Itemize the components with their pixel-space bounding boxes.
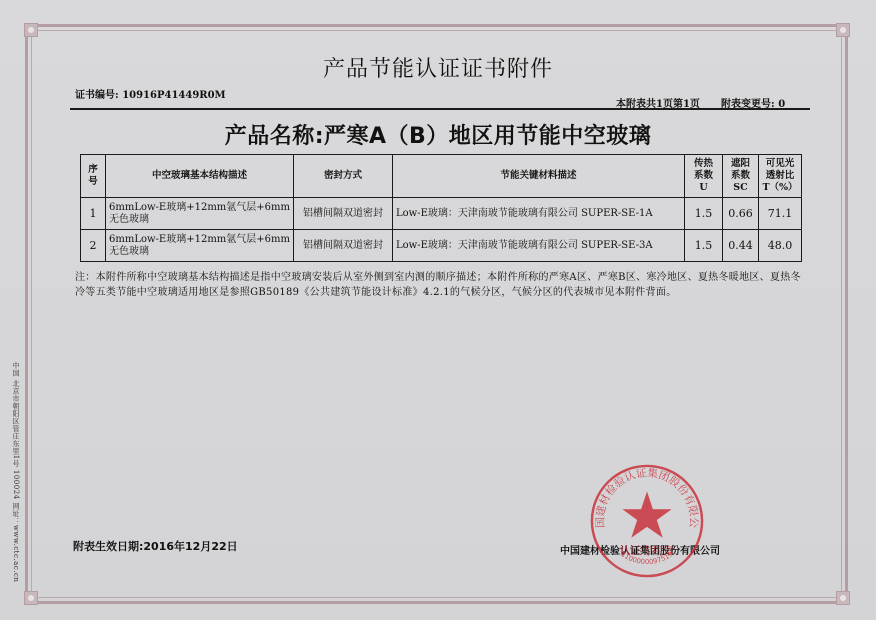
header-t-line: 可见光	[762, 158, 798, 170]
product-name: 产品名称:严寒A（B）地区用节能中空玻璃	[0, 119, 876, 150]
header-u-line: 传热	[688, 158, 719, 170]
document-title: 产品节能认证证书附件	[0, 52, 876, 83]
header-seal: 密封方式	[294, 155, 393, 198]
cell-u: 1.5	[685, 230, 723, 262]
specification-table: 序号 中空玻璃基本结构描述 密封方式 节能关键材料描述 传热 系数 U 遮阳 系…	[80, 154, 802, 262]
table-row: 1 6mmLow-E玻璃+12mm氩气层+6mm无色玻璃 铝槽间隔双道密封 Lo…	[81, 198, 802, 230]
header-u: 传热 系数 U	[685, 155, 723, 198]
cell-sc: 0.66	[723, 198, 759, 230]
product-name-label: 产品名称:	[225, 124, 324, 149]
certificate-number-label: 证书编号:	[75, 90, 119, 101]
cell-structure: 6mmLow-E玻璃+12mm氩气层+6mm无色玻璃	[106, 230, 294, 262]
header-sc-line: SC	[726, 182, 755, 194]
header-u-line: U	[688, 182, 719, 194]
official-seal-icon: 中国建材检验认证集团股份有限公司 认证专用章 1100000097517	[588, 462, 706, 580]
table-row: 2 6mmLow-E玻璃+12mm氩气层+6mm无色玻璃 铝槽间隔双道密封 Lo…	[81, 230, 802, 262]
cell-material: Low-E玻璃：天津南玻节能玻璃有限公司 SUPER-SE-1A	[393, 198, 685, 230]
header-sc-line: 系数	[726, 170, 755, 182]
cell-t: 48.0	[759, 230, 802, 262]
effective-date: 附表生效日期:2016年12月22日	[73, 538, 238, 554]
table-header-row: 序号 中空玻璃基本结构描述 密封方式 节能关键材料描述 传热 系数 U 遮阳 系…	[81, 155, 802, 198]
header-material: 节能关键材料描述	[393, 155, 685, 198]
corner-ornament-icon	[836, 23, 850, 37]
certificate-number-value: 10916P41449R0M	[122, 90, 225, 101]
footnote: 注：本附件所称中空玻璃基本结构描述是指中空玻璃安装后从室外侧到室内测的顺序描述；…	[75, 270, 805, 300]
cell-seq: 1	[81, 198, 106, 230]
cell-material: Low-E玻璃：天津南玻节能玻璃有限公司 SUPER-SE-3A	[393, 230, 685, 262]
certificate-number: 证书编号: 10916P41449R0M	[75, 86, 226, 101]
header-sc: 遮阳 系数 SC	[723, 155, 759, 198]
header-t: 可见光 透射比 T（%）	[759, 155, 802, 198]
header-u-line: 系数	[688, 170, 719, 182]
corner-ornament-icon	[836, 591, 850, 605]
decorative-border-inner	[31, 30, 842, 598]
header-structure: 中空玻璃基本结构描述	[106, 155, 294, 198]
product-name-value: 严寒A（B）地区用节能中空玻璃	[324, 124, 651, 149]
header-rule	[70, 108, 810, 110]
cell-seal: 铝槽间隔双道密封	[294, 230, 393, 262]
effective-date-label: 附表生效日期:	[73, 540, 143, 553]
cell-seal: 铝槽间隔双道密封	[294, 198, 393, 230]
address-sidebar: 中国 北京市朝阳区管庄东里1号 100024 网址：www.ctc.ac.cn	[10, 362, 20, 582]
header-t-line: 透射比	[762, 170, 798, 182]
cell-sc: 0.44	[723, 230, 759, 262]
cell-u: 1.5	[685, 198, 723, 230]
corner-ornament-icon	[24, 23, 38, 37]
corner-ornament-icon	[24, 591, 38, 605]
header-sc-line: 遮阳	[726, 158, 755, 170]
cell-seq: 2	[81, 230, 106, 262]
header-seq: 序号	[81, 155, 106, 198]
cell-t: 71.1	[759, 198, 802, 230]
effective-date-value: 2016年12月22日	[143, 540, 237, 553]
cell-structure: 6mmLow-E玻璃+12mm氩气层+6mm无色玻璃	[106, 198, 294, 230]
header-t-line: T（%）	[762, 182, 798, 194]
